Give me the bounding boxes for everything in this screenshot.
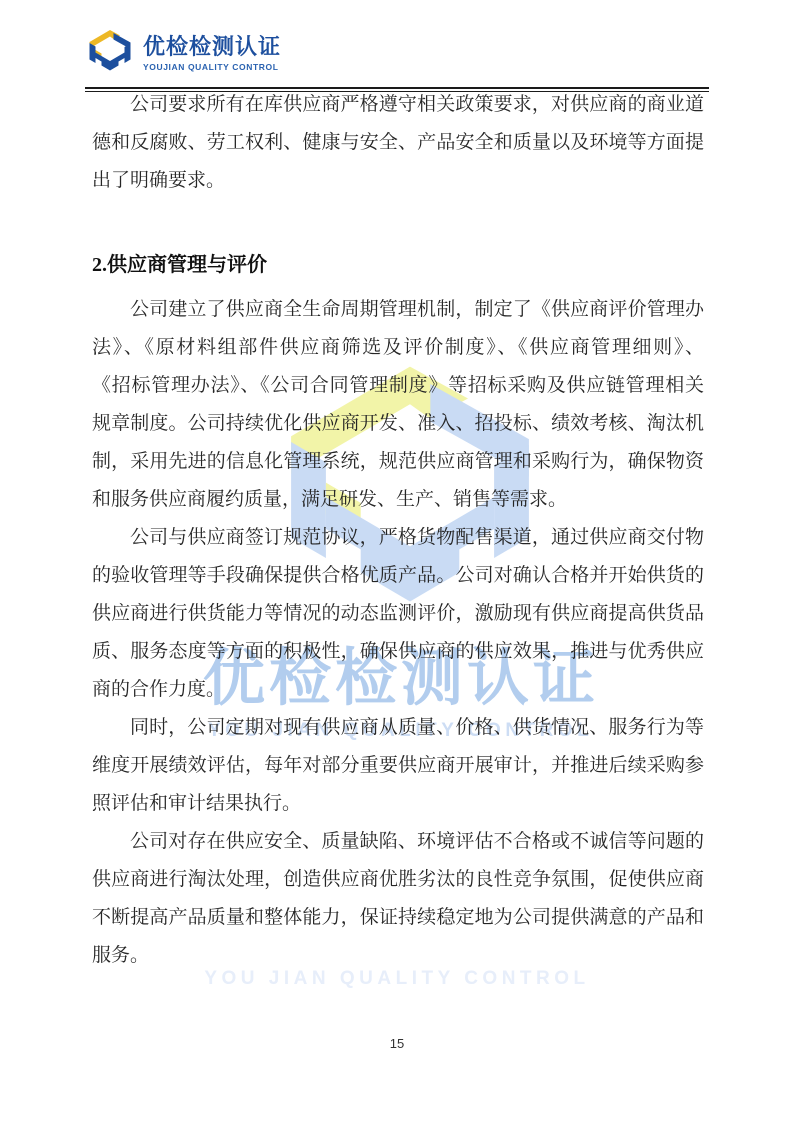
logo-cube-icon [85,26,135,80]
logo-title: 优检检测认证 [143,34,281,60]
paragraph-lifecycle: 公司建立了供应商全生命周期管理机制，制定了《供应商评价管理办法》、《原材料组部件… [92,291,704,519]
text-line: 《招标管理办法》、《公司合同管理制度》等招标采购及供应链管理相关 [92,367,704,405]
text-line: 不断提高产品质量和整体能力，保证持续稳定地为公司提供满意的产品和 [92,899,704,937]
text-line: 维度开展绩效评估，每年对部分重要供应商开展审计，并推进后续采购参 [92,747,704,785]
text-line: 同时，公司定期对现有供应商从质量、价格、供货情况、服务行为等 [92,709,704,747]
text-line: 质、服务态度等方面的积极性，确保供应商的供应效果，推进与优秀供应 [92,633,704,671]
paragraph-elimination: 公司对存在供应安全、质量缺陷、环境评估不合格或不诚信等问题的供应商进行淘汰处理，… [92,823,704,975]
text-line: 出了明确要求。 [92,162,704,200]
text-line: 照评估和审计结果执行。 [92,785,704,823]
text-line: 服务。 [92,937,704,975]
text-line: 法》、《原材料组部件供应商筛选及评价制度》、《供应商管理细则》、 [92,329,704,367]
text-line: 和服务供应商履约质量，满足研发、生产、销售等需求。 [92,481,704,519]
text-line: 公司建立了供应商全生命周期管理机制，制定了《供应商评价管理办 [92,291,704,329]
document-page: 优检检测认证 YOU JIAN QUALITY CONTROL YOU JIAN… [0,0,794,1123]
section-heading: 2.供应商管理与评价 [92,246,704,284]
paragraph-agreements: 公司与供应商签订规范协议，严格货物配售渠道，通过供应商交付物的验收管理等手段确保… [92,519,704,709]
text-line: 规章制度。公司持续优化供应商开发、准入、招投标、绩效考核、淘汰机 [92,405,704,443]
text-line: 的验收管理等手段确保提供合格优质产品。公司对确认合格并开始供货的 [92,557,704,595]
text-line: 公司对存在供应安全、质量缺陷、环境评估不合格或不诚信等问题的 [92,823,704,861]
page-number: 15 [0,1036,794,1051]
page-header: 优检检测认证 YOUJIAN QUALITY CONTROL [85,26,709,80]
logo-text-block: 优检检测认证 YOUJIAN QUALITY CONTROL [143,34,281,72]
text-line: 德和反腐败、劳工权利、健康与安全、产品安全和质量以及环境等方面提 [92,124,704,162]
paragraph-evaluation: 同时，公司定期对现有供应商从质量、价格、供货情况、服务行为等维度开展绩效评估，每… [92,709,704,823]
text-line: 制，采用先进的信息化管理系统，规范供应商管理和采购行为，确保物资 [92,443,704,481]
document-body: 公司要求所有在库供应商严格遵守相关政策要求，对供应商的商业道德和反腐败、劳工权利… [92,86,704,975]
company-logo: 优检检测认证 YOUJIAN QUALITY CONTROL [85,26,709,80]
text-line: 公司要求所有在库供应商严格遵守相关政策要求，对供应商的商业道 [92,86,704,124]
text-line: 商的合作力度。 [92,671,704,709]
text-line: 供应商进行供货能力等情况的动态监测评价，激励现有供应商提高供货品 [92,595,704,633]
text-line: 公司与供应商签订规范协议，严格货物配售渠道，通过供应商交付物 [92,519,704,557]
logo-subtitle: YOUJIAN QUALITY CONTROL [143,62,281,72]
paragraph-intro: 公司要求所有在库供应商严格遵守相关政策要求，对供应商的商业道德和反腐败、劳工权利… [92,86,704,200]
text-line: 供应商进行淘汰处理，创造供应商优胜劣汰的良性竞争氛围，促使供应商 [92,861,704,899]
